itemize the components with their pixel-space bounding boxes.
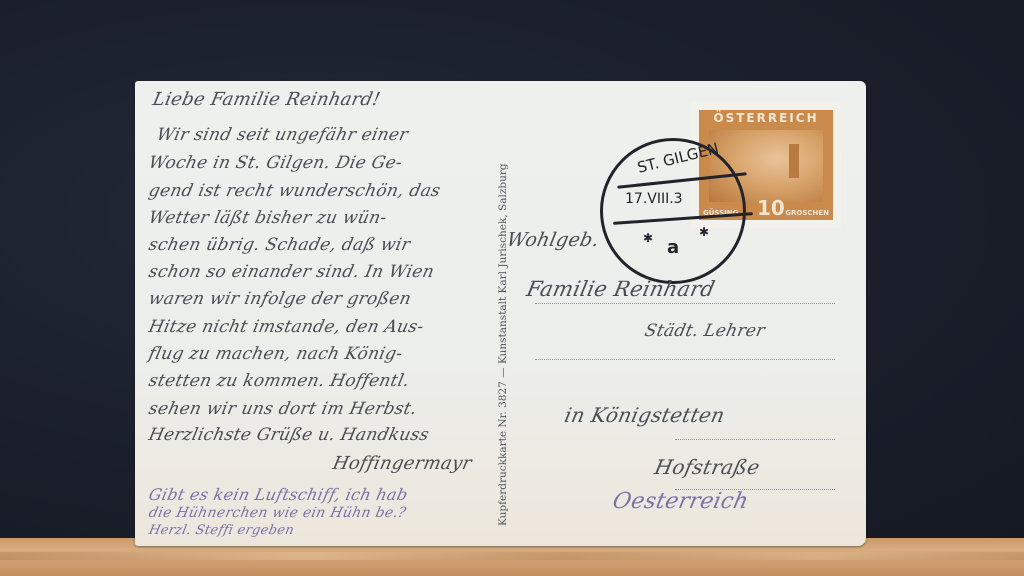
address-line — [675, 439, 835, 440]
postmark: ST. GILGEN 17.VIII.3 ✱ a ✱ — [600, 138, 746, 284]
address-recipient: Familie Reinhard — [524, 277, 717, 301]
postscript-line: die Hühnerchen wie ein Hühn be.? — [147, 505, 407, 521]
address-title: Städt. Lehrer — [643, 321, 767, 341]
message-line: schen übrig. Schade, daß wir — [147, 235, 412, 255]
address-line — [535, 303, 835, 304]
message-line: sehen wir uns dort im Herbst. — [147, 399, 419, 419]
postcard: Liebe Familie Reinhard! Wir sind seit un… — [135, 81, 866, 546]
message-line: Woche in St. Gilgen. Die Ge- — [147, 153, 404, 173]
star-icon: ✱ — [699, 225, 709, 239]
postmark-date: 17.VIII.3 — [625, 191, 683, 207]
signature: Hoffingermayr — [331, 453, 474, 474]
publisher-imprint: Kupferdruckkarte Nr. 3827 — Kunstanstalt… — [497, 163, 509, 526]
message-line: Liebe Familie Reinhard! — [151, 89, 383, 110]
postmark-bar — [613, 212, 753, 225]
address-country: Oesterreich — [610, 489, 750, 514]
message-line: Hitze nicht imstande, den Aus- — [147, 317, 426, 337]
message-line: gend ist recht wunderschön, das — [147, 181, 442, 201]
message-line: stetten zu kommen. Hoffentl. — [147, 371, 412, 391]
address-town: in Königstetten — [562, 403, 727, 427]
address-salutation: Wohlgeb. — [505, 229, 602, 251]
message-line: schon so einander sind. In Wien — [147, 262, 436, 282]
star-icon: ✱ — [643, 231, 653, 245]
postscript-line: Herzl. Steffi ergeben — [147, 523, 295, 538]
message-line: flug zu machen, nach König- — [147, 344, 405, 364]
stamp-country: ÖSTERREICH — [699, 111, 833, 125]
message-line: Herzlichste Grüße u. Handkuss — [147, 425, 431, 445]
address-street: Hofstraße — [652, 455, 762, 479]
address-line — [535, 359, 835, 360]
postmark-town: ST. GILGEN — [622, 136, 733, 180]
message-line: Wetter läßt bisher zu wün- — [147, 208, 389, 228]
message-line: Wir sind seit ungefähr einer — [155, 125, 410, 145]
church-tower-icon — [789, 144, 799, 178]
postscript-line: Gibt es kein Luftschiff, ich hab — [147, 485, 410, 504]
message-line: waren wir infolge der großen — [147, 289, 413, 309]
postmark-code: a — [667, 237, 679, 258]
stamp-unit: GROSCHEN — [785, 209, 829, 217]
stamp-value: 10 — [757, 196, 785, 220]
